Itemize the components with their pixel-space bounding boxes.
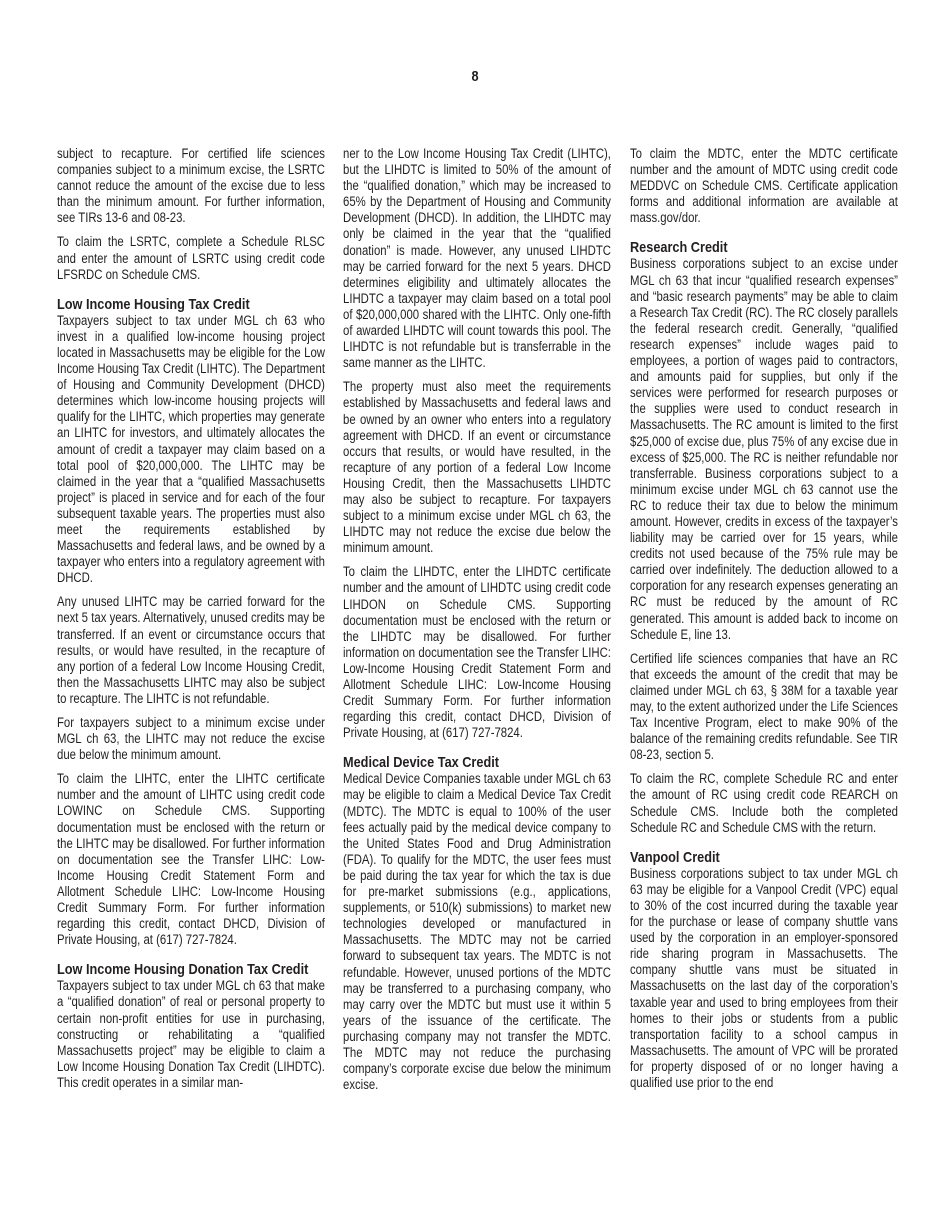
paragraph: Business corporations subject to an exci…	[630, 256, 898, 642]
column-1-content: subject to recapture. For certified life…	[57, 146, 325, 1091]
paragraph: Business corporations subject to tax und…	[630, 866, 898, 1091]
paragraph: Taxpayers subject to tax under MGL ch 63…	[57, 313, 325, 587]
paragraph: subject to recapture. For certified life…	[57, 146, 325, 226]
section-heading: Research Credit	[630, 239, 898, 256]
section-heading: Vanpool Credit	[630, 849, 898, 866]
paragraph: Certified life sciences companies that h…	[630, 651, 898, 764]
paragraph: For taxpayers subject to a minimum excis…	[57, 715, 325, 763]
column-2: ner to the Low Income Housing Tax Credit…	[343, 146, 611, 1101]
page-number: 8	[71, 68, 879, 85]
column-1: subject to recapture. For certified life…	[57, 146, 325, 1099]
paragraph: To claim the RC, complete Schedule RC an…	[630, 771, 898, 835]
paragraph: The property must also meet the requirem…	[343, 379, 611, 556]
paragraph: Medical Device Companies taxable under M…	[343, 771, 611, 1093]
column-3-content: To claim the MDTC, enter the MDTC certif…	[630, 146, 898, 1091]
paragraph: Any unused LIHTC may be carried forward …	[57, 594, 325, 707]
section-heading: Medical Device Tax Credit	[343, 754, 611, 771]
paragraph: Taxpayers subject to tax under MGL ch 63…	[57, 978, 325, 1091]
paragraph: To claim the LIHTC, enter the LIHTC cert…	[57, 771, 325, 948]
section-heading: Low Income Housing Tax Credit	[57, 296, 325, 313]
paragraph: To claim the LSRTC, complete a Schedule …	[57, 234, 325, 282]
paragraph: To claim the LIHDTC, enter the LIHDTC ce…	[343, 564, 611, 741]
paragraph: To claim the MDTC, enter the MDTC certif…	[630, 146, 898, 226]
paragraph: ner to the Low Income Housing Tax Credit…	[343, 146, 611, 371]
column-3: To claim the MDTC, enter the MDTC certif…	[630, 146, 898, 1099]
section-heading: Low Income Housing Donation Tax Credit	[57, 961, 325, 978]
column-2-content: ner to the Low Income Housing Tax Credit…	[343, 146, 611, 1093]
